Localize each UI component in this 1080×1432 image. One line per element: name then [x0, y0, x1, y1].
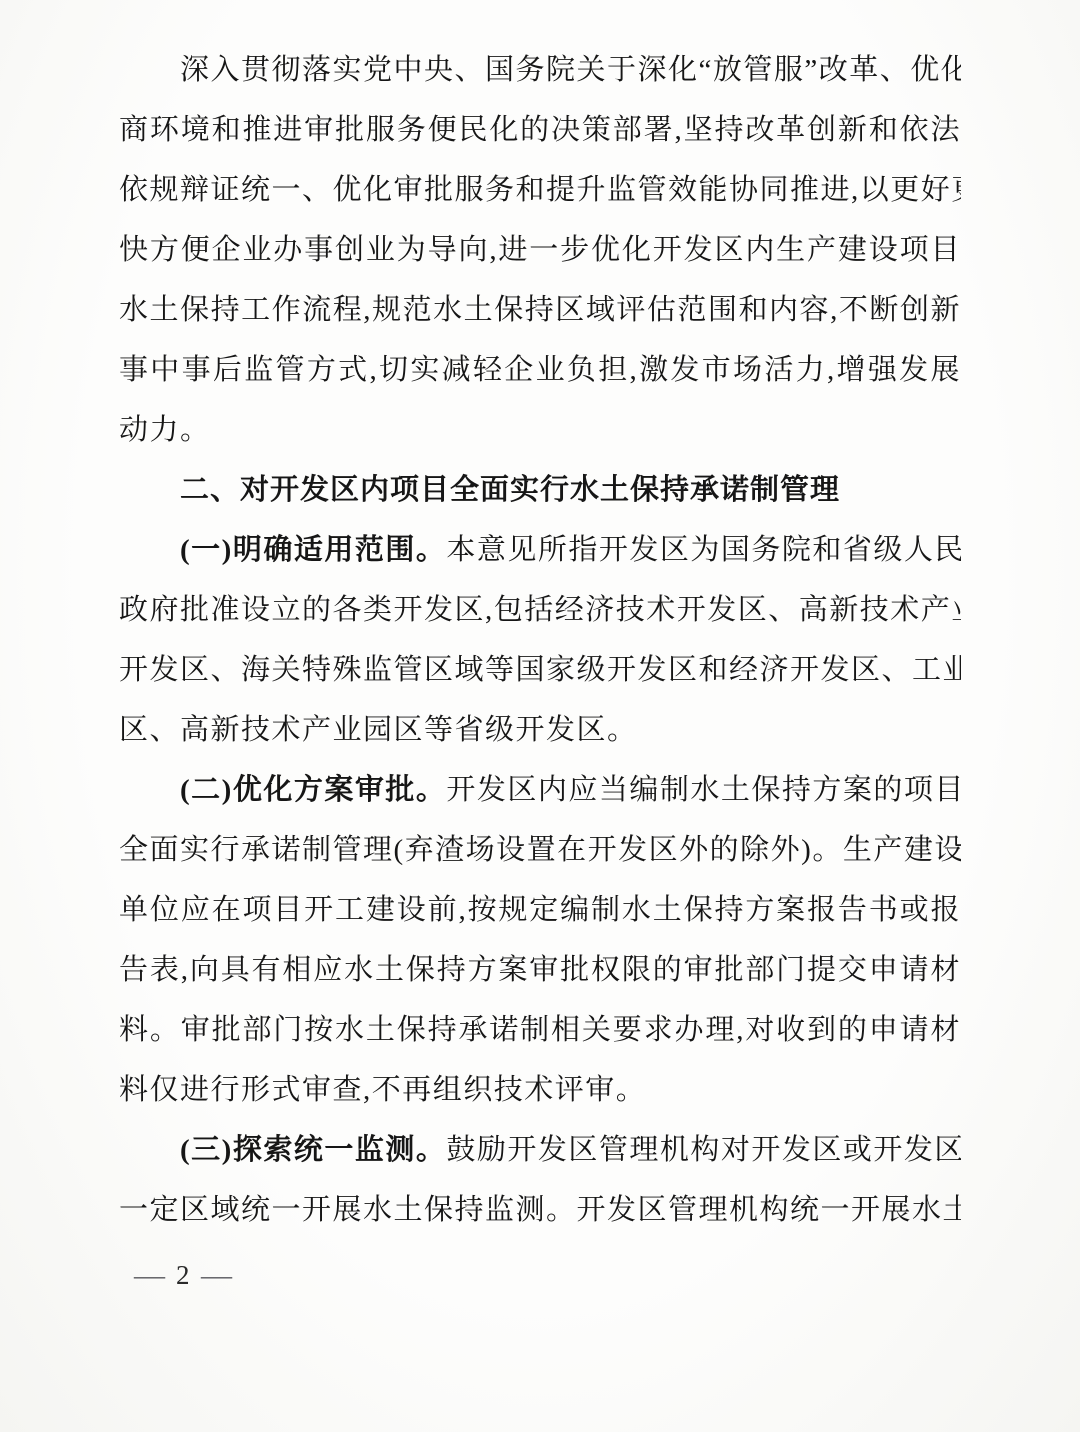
text-line: 料。审批部门按水土保持承诺制相关要求办理,对收到的申请材 [119, 1000, 961, 1060]
text-line: 水土保持工作流程,规范水土保持区域评估范围和内容,不断创新 [119, 280, 961, 340]
text-line: (二)优化方案审批。开发区内应当编制水土保持方案的项目 [119, 760, 961, 820]
clause-text: 开发区内应当编制水土保持方案的项目 [446, 774, 961, 806]
text-line: 依规辩证统一、优化审批服务和提升监管效能协同推进,以更好更 [119, 160, 961, 220]
footer-dash-right: — [200, 1260, 231, 1291]
text-line: 事中事后监管方式,切实减轻企业负担,激发市场活力,增强发展 [119, 340, 961, 400]
text-line: 深入贯彻落实党中央、国务院关于深化“放管服”改革、优化营 [119, 40, 961, 100]
text-line: (三)探索统一监测。鼓励开发区管理机构对开发区或开发区 [119, 1120, 961, 1180]
clause-text: 鼓励开发区管理机构对开发区或开发区 [446, 1134, 961, 1166]
text-line: 动力。 [119, 400, 961, 460]
clause-title: (二)优化方案审批。 [180, 774, 446, 806]
text-line: (一)明确适用范围。本意见所指开发区为国务院和省级人民 [119, 520, 961, 580]
paragraph-clause-3: (三)探索统一监测。鼓励开发区管理机构对开发区或开发区 一定区域统一开展水土保持… [119, 1120, 961, 1240]
section-heading: 二、对开发区内项目全面实行水土保持承诺制管理 [119, 460, 961, 520]
paragraph-clause-1: (一)明确适用范围。本意见所指开发区为国务院和省级人民 政府批准设立的各类开发区… [119, 520, 961, 760]
text-line: 商环境和推进审批服务便民化的决策部署,坚持改革创新和依法 [119, 100, 961, 160]
text-line: 全面实行承诺制管理(弃渣场设置在开发区外的除外)。生产建设 [119, 820, 961, 880]
text-line: 快方便企业办事创业为导向,进一步优化开发区内生产建设项目 [119, 220, 961, 280]
text-line: 告表,向具有相应水土保持方案审批权限的审批部门提交申请材 [119, 940, 961, 1000]
text-line: 料仅进行形式审查,不再组织技术评审。 [119, 1060, 961, 1120]
paragraph-opening: 深入贯彻落实党中央、国务院关于深化“放管服”改革、优化营 商环境和推进审批服务便… [119, 40, 961, 460]
section-two: 二、对开发区内项目全面实行水土保持承诺制管理 [119, 460, 961, 520]
clause-text: 本意见所指开发区为国务院和省级人民 [446, 534, 961, 566]
text-line: 政府批准设立的各类开发区,包括经济技术开发区、高新技术产业 [119, 580, 961, 640]
text-line: 开发区、海关特殊监管区域等国家级开发区和经济开发区、工业园 [119, 640, 961, 700]
clause-title: (三)探索统一监测。 [180, 1134, 446, 1166]
footer-dash-left: — [134, 1260, 165, 1291]
text-line: 区、高新技术产业园区等省级开发区。 [119, 700, 961, 760]
page-number: 2 [176, 1260, 190, 1291]
clause-title: (一)明确适用范围。 [180, 534, 446, 566]
text-line: 一定区域统一开展水土保持监测。开发区管理机构统一开展水土 [119, 1180, 961, 1240]
page-footer: — 2 — [119, 1254, 1080, 1296]
text-line: 单位应在项目开工建设前,按规定编制水土保持方案报告书或报 [119, 880, 961, 940]
document-page: 深入贯彻落实党中央、国务院关于深化“放管服”改革、优化营 商环境和推进审批服务便… [0, 0, 1080, 1432]
paragraph-clause-2: (二)优化方案审批。开发区内应当编制水土保持方案的项目 全面实行承诺制管理(弃渣… [119, 760, 961, 1120]
